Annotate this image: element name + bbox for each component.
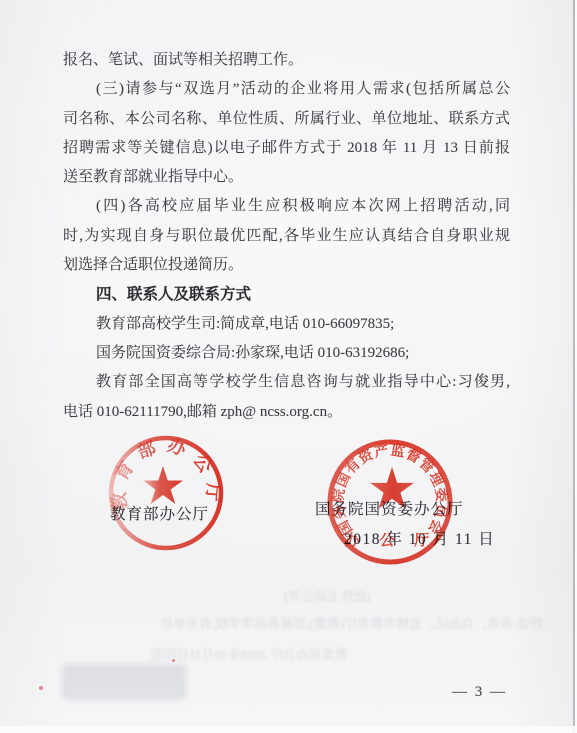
body-line: 送至教育部就业指导中心。	[63, 163, 510, 192]
seal-arc-text: 国务院国有资产监督管理委员会	[330, 442, 451, 538]
svg-text:教育部办公厅: 教育部办公厅	[107, 434, 224, 512]
bleedthrough-blob	[62, 664, 186, 700]
body-line: 时,为实现自身与职位最优匹配,各毕业生应认真结合自身职业规	[63, 222, 510, 251]
contact-line: 电话 010-62111790,邮箱 zph@ ncss.org.cn。	[63, 398, 510, 427]
star-icon	[143, 466, 183, 504]
bleedthrough-line: 教育部办公厅 2018年10月11日印发	[150, 644, 348, 663]
contact-line: 国务院国资委综合局:孙家琛,电话 010-63192686;	[63, 339, 510, 368]
contact-line: 教育部高校学生司:简成章,电话 010-66097835;	[63, 310, 510, 339]
bleedthrough-line: 抄送:各省、自治区、直辖市教育厅(教委),部属各高等学校,有关单位	[160, 613, 543, 632]
ink-speck	[172, 659, 175, 662]
body-line: (四)各高校应届毕业生应积极响应本次网上招聘活动,同	[63, 192, 510, 221]
scan-edge	[0, 726, 577, 733]
body-line: (三)请参与“双选月”活动的企业将用人需求(包括所属总公	[63, 75, 510, 104]
signer-org-left: 教育部办公厅	[110, 502, 209, 524]
bleedthrough-line: (此件主动公开)	[284, 586, 371, 605]
ink-speck	[39, 686, 43, 690]
scanned-document-page: 报名、笔试、面试等相关招聘工作。 (三)请参与“双选月”活动的企业将用人需求(包…	[0, 0, 577, 733]
body-line: 划选择合适职位投递简历。	[63, 251, 510, 280]
signer-org-right: 国务院国资委办公厅	[315, 497, 464, 519]
body-line: 司名称、本公司名称、单位性质、所属行业、单位地址、联系方式与	[63, 105, 510, 134]
body-line: 招聘需求等关键信息)以电子邮件方式于 2018 年 11 月 13 日前报	[63, 134, 510, 163]
body-line: 报名、笔试、面试等相关招聘工作。	[63, 46, 510, 75]
seal-arc-text: 教育部办公厅	[107, 434, 224, 512]
scan-edge	[573, 0, 575, 733]
section-heading: 四、联系人及联系方式	[63, 280, 510, 309]
svg-text:国务院国有资产监督管理委员会: 国务院国有资产监督管理委员会	[330, 442, 451, 538]
official-seal-moe-icon: 教育部办公厅	[96, 423, 236, 563]
page-number: — 3 —	[452, 684, 507, 701]
contact-line: 教育部全国高等学校学生信息咨询与就业指导中心:习俊男,	[63, 368, 510, 397]
signature-date: 2018 年 10 月 11 日	[344, 527, 495, 549]
document-body: 报名、笔试、面试等相关招聘工作。 (三)请参与“双选月”活动的企业将用人需求(包…	[63, 46, 510, 427]
